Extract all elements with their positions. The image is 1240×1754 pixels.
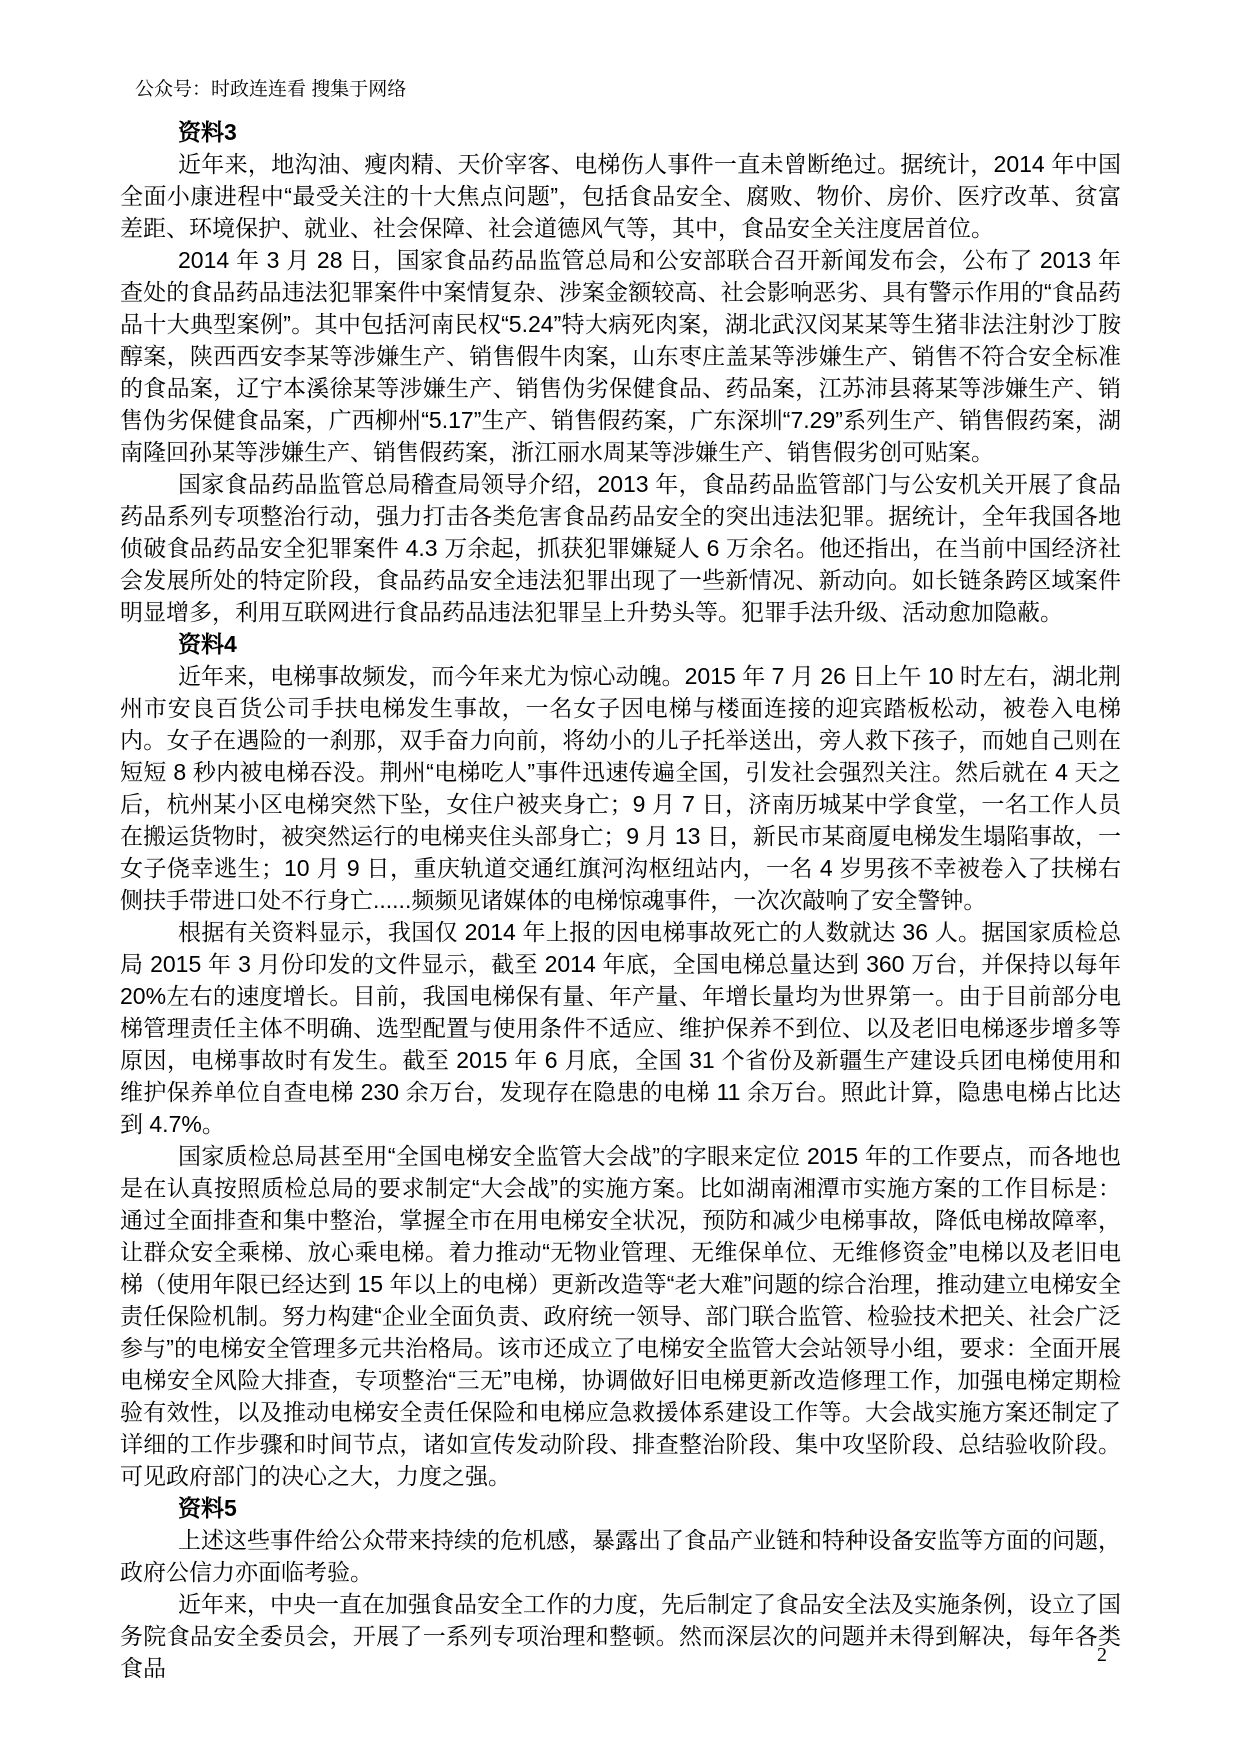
section-heading: 资料5 bbox=[120, 1492, 1121, 1524]
section-heading: 资料3 bbox=[120, 116, 1121, 148]
paragraph: 国家食品药品监管总局稽查局领导介绍，2013 年，食品药品监管部门与公安机关开展… bbox=[120, 468, 1121, 628]
paragraph: 上述这些事件给公众带来持续的危机感，暴露出了食品产业链和特种设备安监等方面的问题… bbox=[120, 1524, 1121, 1588]
paragraph: 近年来，中央一直在加强食品安全工作的力度，先后制定了食品安全法及实施条例，设立了… bbox=[120, 1588, 1121, 1684]
page-number: 2 bbox=[1097, 1643, 1107, 1667]
header-note: 公众号：时政连连看 搜集于网络 bbox=[135, 78, 1121, 102]
paragraph: 国家质检总局甚至用“全国电梯安全监管大会战”的字眼来定位 2015 年的工作要点… bbox=[120, 1140, 1121, 1492]
section-heading: 资料4 bbox=[120, 628, 1121, 660]
document-page: 公众号：时政连连看 搜集于网络 资料3 近年来，地沟油、瘦肉精、天价宰客、电梯伤… bbox=[0, 0, 1240, 1754]
section-material-3: 资料3 近年来，地沟油、瘦肉精、天价宰客、电梯伤人事件一直未曾断绝过。据统计，2… bbox=[120, 116, 1121, 628]
paragraph: 根据有关资料显示，我国仅 2014 年上报的因电梯事故死亡的人数就达 36 人。… bbox=[120, 916, 1121, 1140]
section-material-4: 资料4 近年来，电梯事故频发，而今年来尤为惊心动魄。2015 年 7 月 26 … bbox=[120, 628, 1121, 1492]
section-material-5: 资料5 上述这些事件给公众带来持续的危机感，暴露出了食品产业链和特种设备安监等方… bbox=[120, 1492, 1121, 1684]
document-body: 资料3 近年来，地沟油、瘦肉精、天价宰客、电梯伤人事件一直未曾断绝过。据统计，2… bbox=[120, 116, 1121, 1684]
paragraph: 近年来，电梯事故频发，而今年来尤为惊心动魄。2015 年 7 月 26 日上午 … bbox=[120, 660, 1121, 916]
paragraph: 2014 年 3 月 28 日，国家食品药品监管总局和公安部联合召开新闻发布会，… bbox=[120, 244, 1121, 468]
paragraph: 近年来，地沟油、瘦肉精、天价宰客、电梯伤人事件一直未曾断绝过。据统计，2014 … bbox=[120, 148, 1121, 244]
